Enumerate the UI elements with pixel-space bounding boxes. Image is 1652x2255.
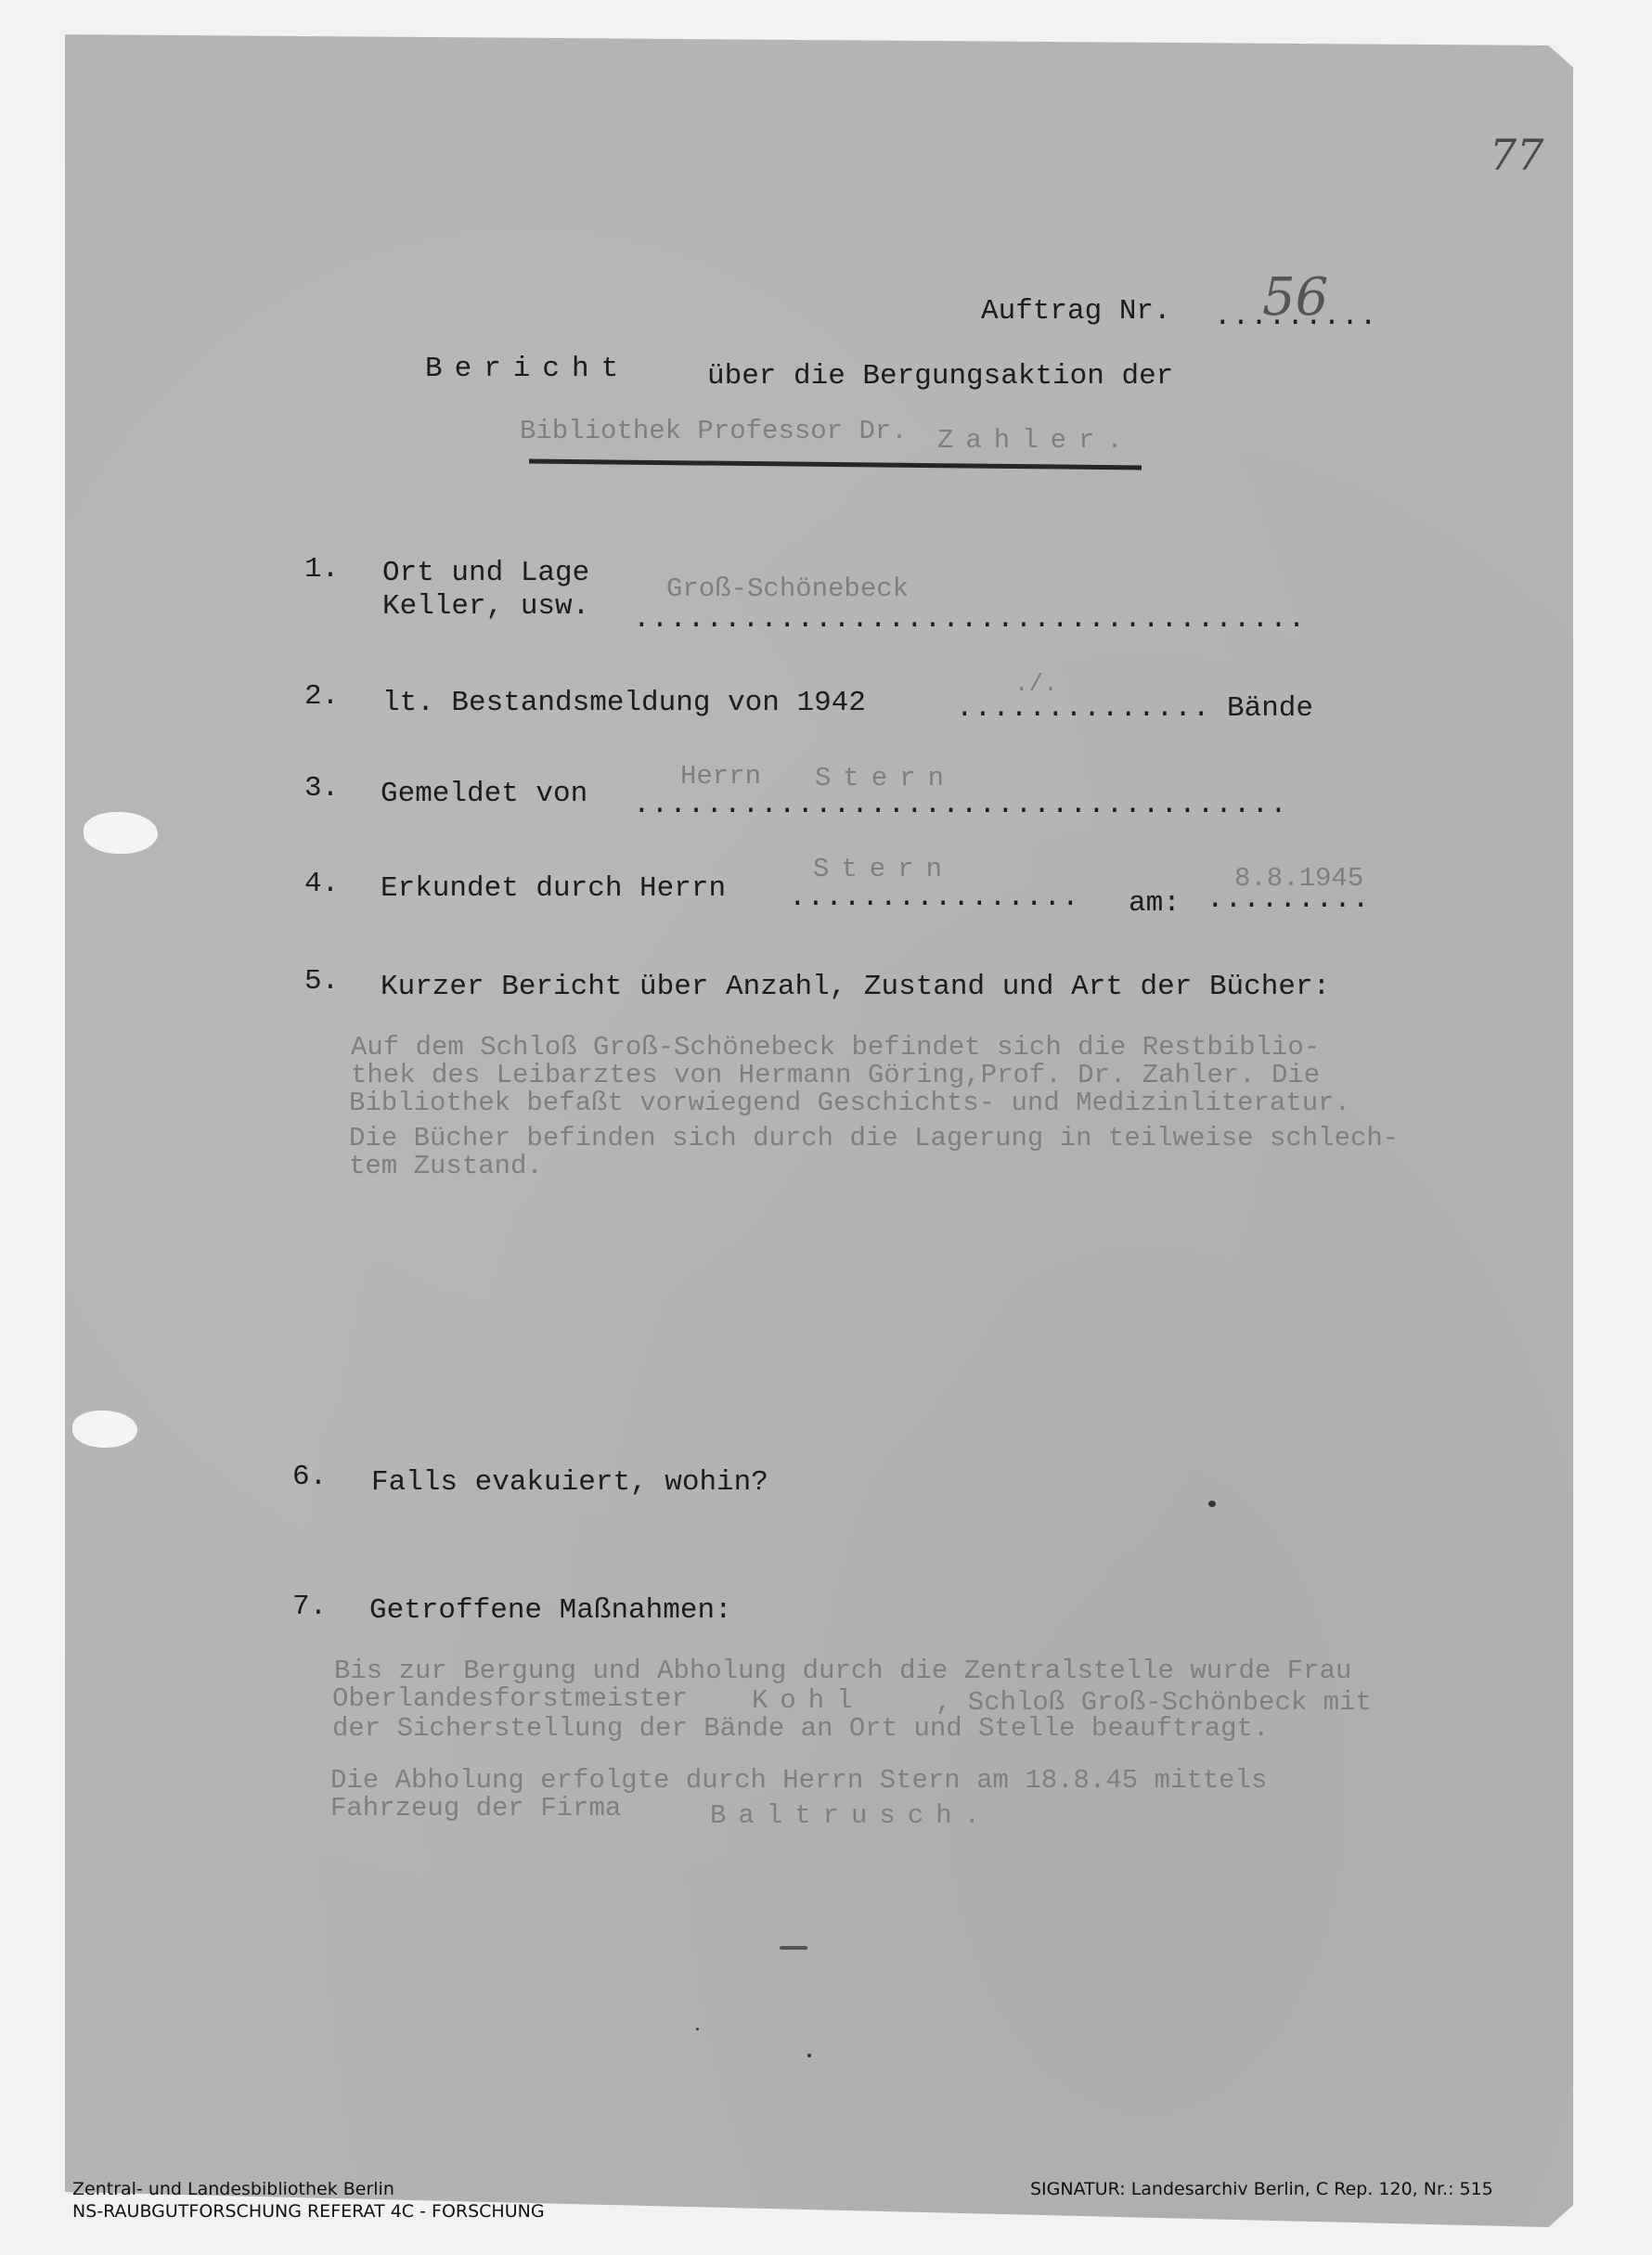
item-3-label: Gemeldet von <box>381 778 587 810</box>
item-5-text-line-4: Die Bücher befinden sich durch die Lager… <box>349 1123 1399 1153</box>
item-7-text-line-2a: Oberlandesforstmeister <box>332 1683 688 1714</box>
item-5-text-line-3: Bibliothek befaßt vorwiegend Geschichts-… <box>349 1088 1350 1118</box>
item-4-label: Erkundet durch Herrn <box>381 872 726 905</box>
punch-hole-top <box>84 812 158 854</box>
item-1-number: 1. <box>304 553 339 586</box>
item-2-number: 2. <box>304 680 339 713</box>
item-7-label: Getroffene Maßnahmen: <box>369 1594 732 1627</box>
item-1-dots: ..................................... <box>633 603 1306 636</box>
item-5-text-line-2: thek des Leibarztes von Hermann Göring,P… <box>351 1060 1320 1090</box>
item-3-number: 3. <box>304 772 339 805</box>
order-number: 56 <box>1262 267 1328 328</box>
item-3-value-prefix: Herrn <box>680 761 761 792</box>
item-3-dots: .................................... <box>633 789 1288 821</box>
item-7-text-line-5b: Baltrusch. <box>710 1800 992 1831</box>
item-7-text-line-5a: Fahrzeug der Firma <box>330 1793 621 1823</box>
item-1-value: Groß-Schönebeck <box>666 573 909 604</box>
item-7-text-line-2b: Kohl <box>752 1685 865 1716</box>
item-5-text-line-5: tem Zustand. <box>349 1151 543 1181</box>
item-7-number: 7. <box>292 1591 327 1623</box>
item-1-label-line2: Keller, usw. <box>382 590 589 623</box>
ink-speck <box>1208 1501 1216 1507</box>
item-3-value-name: Stern <box>815 763 956 793</box>
item-4-number: 4. <box>304 868 339 900</box>
item-5-label: Kurzer Bericht über Anzahl, Zustand und … <box>381 971 1330 1003</box>
footer-institution: Zentral- und Landesbibliothek Berlin <box>72 2179 394 2199</box>
item-6-number: 6. <box>292 1461 327 1493</box>
item-6-label: Falls evakuiert, wohin? <box>371 1466 768 1499</box>
item-4-date-label: am: <box>1129 887 1181 920</box>
punch-hole-bottom <box>72 1411 137 1448</box>
item-2-label: lt. Bestandsmeldung von 1942 <box>382 687 866 719</box>
ink-speck <box>807 2054 811 2057</box>
ink-speck <box>780 1946 807 1950</box>
title-rest: über die Bergungsaktion der <box>707 360 1173 393</box>
footer-signature: SIGNATUR: Landesarchiv Berlin, C Rep. 12… <box>1030 2179 1493 2199</box>
order-label: Auftrag Nr. <box>981 295 1171 328</box>
item-7-text-line-3: der Sicherstellung der Bände an Ort und … <box>332 1713 1269 1744</box>
item-7-text-line-1: Bis zur Bergung und Abholung durch die Z… <box>334 1656 1351 1686</box>
item-5-number: 5. <box>304 965 339 998</box>
item-4-date-value: 8.8.1945 <box>1234 863 1363 894</box>
title-subject: Bibliothek Professor Dr. <box>520 416 908 446</box>
item-1-label-line1: Ort und Lage <box>382 557 589 589</box>
title-subject-name: Zahler. <box>937 425 1135 456</box>
ink-speck <box>696 2028 699 2030</box>
item-4-value: Stern <box>813 854 954 884</box>
item-5-text-line-1: Auf dem Schloß Groß-Schönebeck befindet … <box>351 1032 1320 1063</box>
item-2-dots: .............. <box>956 692 1210 725</box>
item-2-suffix: Bände <box>1227 692 1313 725</box>
item-7-text-line-4: Die Abholung erfolgte durch Herrn Stern … <box>330 1765 1267 1796</box>
item-4-dots: ................ <box>789 882 1080 914</box>
item-2-value: ./. <box>1014 670 1058 698</box>
title-bericht: Bericht <box>425 353 630 385</box>
footer-department: NS-RAUBGUTFORSCHUNG REFERAT 4C - FORSCHU… <box>72 2201 545 2222</box>
page-number: 77 <box>1490 130 1544 180</box>
